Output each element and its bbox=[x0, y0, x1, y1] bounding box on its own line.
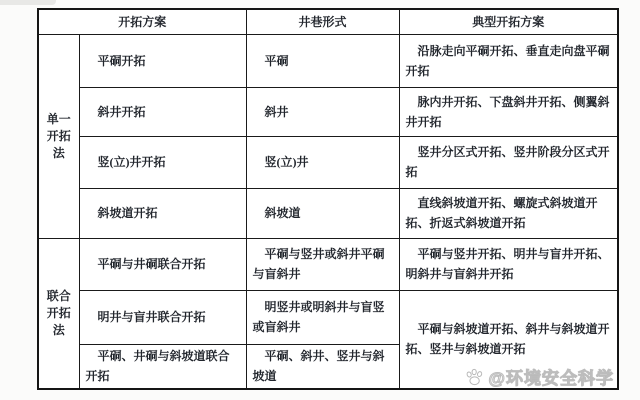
header-typical: 典型开拓方案 bbox=[399, 9, 618, 34]
method-cell: 平硐与井硐联合开拓 bbox=[79, 238, 246, 290]
method-cell: 斜井开拓 bbox=[79, 87, 246, 136]
method-cell: 竖(立)井开拓 bbox=[79, 136, 246, 188]
typical-cell: 脉内井开拓、下盘斜井开拓、侧翼斜井开拓 bbox=[399, 87, 618, 136]
screenshot-stage: 开拓方案 井巷形式 典型开拓方案 单一 开拓法 平硐开拓 平硐 沿脉走向平硐开拓… bbox=[0, 0, 640, 400]
shaft-form-cell: 斜井 bbox=[246, 87, 399, 136]
typical-cell-merged: 平硐与斜坡道开拓、斜井与斜坡道开拓、竖井与斜坡道开拓 bbox=[399, 290, 618, 389]
shaft-form-cell: 平硐 bbox=[246, 34, 399, 87]
header-shaft-form: 井巷形式 bbox=[246, 9, 399, 34]
group-label-line: 单一 bbox=[41, 111, 77, 128]
method-cell: 平硐、井硐与斜坡道联合开拓 bbox=[79, 344, 246, 389]
typical-cell: 竖井分区式开拓、竖井阶段分区式开拓 bbox=[399, 136, 618, 188]
header-plan: 开拓方案 bbox=[38, 9, 246, 34]
shaft-form-cell: 竖(立)井 bbox=[246, 136, 399, 188]
shaft-form-cell: 平硐、斜井、竖井与斜坡道 bbox=[246, 344, 399, 389]
group-label-line: 开拓法 bbox=[41, 305, 77, 339]
table-row: 单一 开拓法 平硐开拓 平硐 沿脉走向平硐开拓、垂直走向盘平硐开拓 bbox=[38, 34, 618, 87]
edge-artifact bbox=[0, 0, 56, 5]
group-cell-single: 单一 开拓法 bbox=[38, 34, 79, 238]
group-label-line: 联合 bbox=[41, 288, 77, 305]
table-row: 竖(立)井开拓 竖(立)井 竖井分区式开拓、竖井阶段分区式开拓 bbox=[38, 136, 618, 188]
table-row: 斜井开拓 斜井 脉内井开拓、下盘斜井开拓、侧翼斜井开拓 bbox=[38, 87, 618, 136]
typical-cell: 直线斜坡道开拓、螺旋式斜坡道开拓、折返式斜坡道开拓 bbox=[399, 188, 618, 238]
typical-cell: 平硐与竖井开拓、明井与盲井开拓、明斜井与盲斜井开拓 bbox=[399, 238, 618, 290]
method-cell: 明井与盲井联合开拓 bbox=[79, 290, 246, 344]
typical-cell: 沿脉走向平硐开拓、垂直走向盘平硐开拓 bbox=[399, 34, 618, 87]
header-row: 开拓方案 井巷形式 典型开拓方案 bbox=[38, 9, 618, 34]
table-row: 斜坡道开拓 斜坡道 直线斜坡道开拓、螺旋式斜坡道开拓、折返式斜坡道开拓 bbox=[38, 188, 618, 238]
group-cell-combined: 联合 开拓法 bbox=[38, 238, 79, 389]
mine-development-methods-table: 开拓方案 井巷形式 典型开拓方案 单一 开拓法 平硐开拓 平硐 沿脉走向平硐开拓… bbox=[37, 8, 619, 390]
table-row: 明井与盲井联合开拓 明竖井或明斜井与盲竖或盲斜井 平硐与斜坡道开拓、斜井与斜坡道… bbox=[38, 290, 618, 344]
method-cell: 平硐开拓 bbox=[79, 34, 246, 87]
table-row: 联合 开拓法 平硐与井硐联合开拓 平硐与竖井或斜井平硐与盲斜井 平硐与竖井开拓、… bbox=[38, 238, 618, 290]
method-cell: 斜坡道开拓 bbox=[79, 188, 246, 238]
shaft-form-cell: 平硐与竖井或斜井平硐与盲斜井 bbox=[246, 238, 399, 290]
shaft-form-cell: 明竖井或明斜井与盲竖或盲斜井 bbox=[246, 290, 399, 344]
group-label-line: 开拓法 bbox=[41, 128, 77, 162]
shaft-form-cell: 斜坡道 bbox=[246, 188, 399, 238]
